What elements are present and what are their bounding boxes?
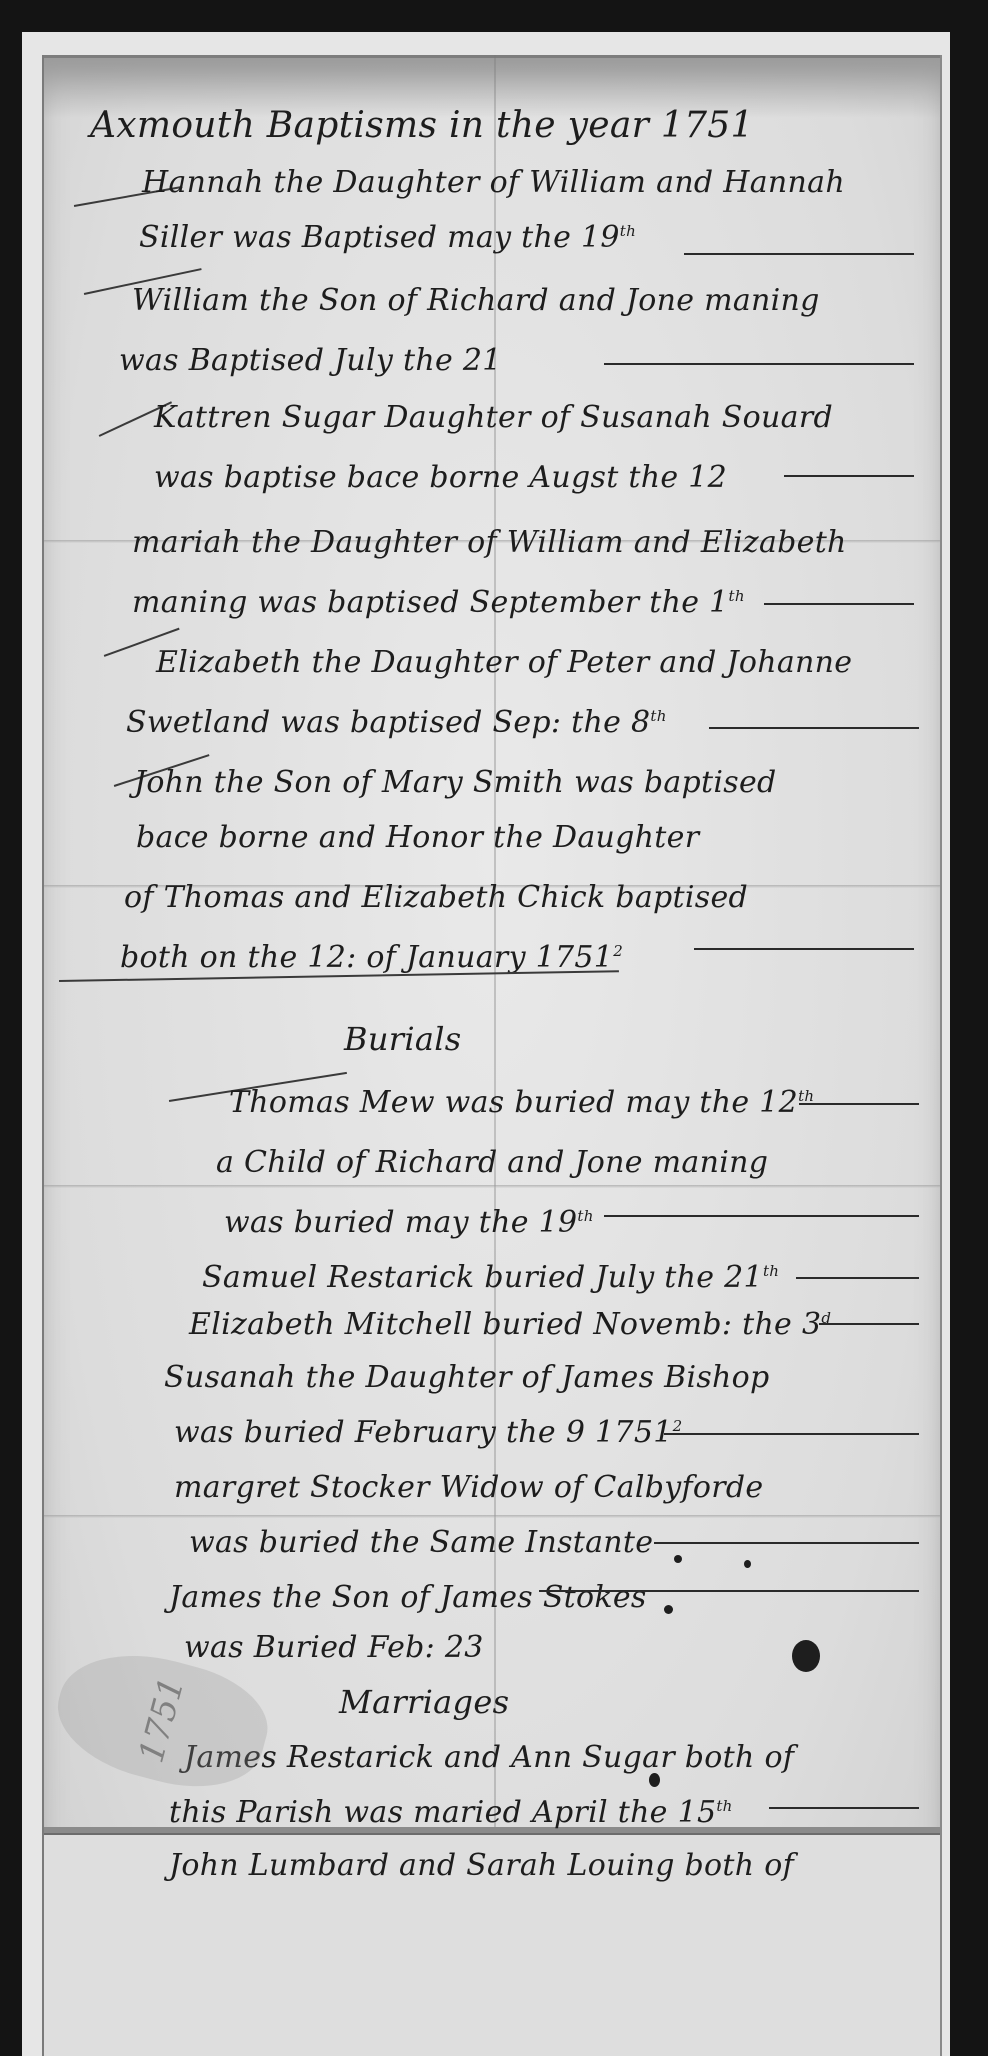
baptism-line: mariah the Daughter of William and Eliza… <box>132 525 847 560</box>
baptism-line: John the Son of Mary Smith was baptised <box>134 765 777 800</box>
entry-rule <box>819 1323 919 1325</box>
entry-rule <box>604 1215 919 1217</box>
burial-line: James the Son of James Stokes <box>169 1580 647 1615</box>
entry-rule <box>784 475 914 477</box>
burial-line: Elizabeth Mitchell buried Novemb: the 3d <box>189 1307 831 1342</box>
entry-rule <box>694 948 914 950</box>
marriages-heading: Marriages <box>339 1683 509 1721</box>
entry-rule <box>799 1103 919 1105</box>
entry-rule <box>709 727 919 729</box>
entry-rule <box>769 1807 919 1809</box>
burial-line: was buried the Same Instante <box>189 1525 653 1560</box>
marriage-line: this Parish was maried April the 15th <box>169 1795 733 1830</box>
burial-line: Thomas Mew was buried may the 12th <box>229 1085 814 1120</box>
baptism-line: Hannah the Daughter of William and Hanna… <box>142 165 845 200</box>
burial-line: margret Stocker Widow of Calbyforde <box>174 1470 763 1505</box>
entry-rule <box>539 1590 919 1592</box>
ink-blot <box>649 1773 660 1787</box>
baptism-line: bace borne and Honor the Daughter <box>136 820 699 855</box>
burials-heading: Burials <box>344 1020 462 1058</box>
entry-rule <box>684 253 914 255</box>
marriage-line: James Restarick and Ann Sugar both of <box>184 1740 794 1775</box>
entry-rule <box>764 603 914 605</box>
burial-line: Samuel Restarick buried July the 21th <box>202 1260 779 1295</box>
horizontal-fold <box>44 1185 940 1188</box>
baptism-line: was baptise bace borne Augst the 12 <box>154 460 727 495</box>
burial-line: was buried February the 9 17512 <box>174 1415 682 1450</box>
baptism-line: Kattren Sugar Daughter of Susanah Souard <box>154 400 833 435</box>
horizontal-fold <box>44 1515 940 1518</box>
burial-line: a Child of Richard and Jone maning <box>216 1145 768 1180</box>
entry-rule <box>654 1542 919 1544</box>
ink-blot <box>674 1555 682 1563</box>
marriage-line: John Lumbard and Sarah Louing both of <box>169 1848 794 1883</box>
parish-register-page: Axmouth Baptisms in the year 1751 Hannah… <box>42 55 942 2056</box>
entry-rule <box>796 1277 919 1279</box>
baptism-line: Elizabeth the Daughter of Peter and Joha… <box>156 645 852 680</box>
entry-rule <box>604 363 914 365</box>
baptism-line: Siller was Baptised may the 19th <box>139 220 636 255</box>
baptism-line: Swetland was baptised Sep: the 8th <box>126 705 667 740</box>
burial-line: was Buried Feb: 23 <box>184 1630 484 1665</box>
baptism-line: William the Son of Richard and Jone mani… <box>132 283 820 318</box>
ink-blot <box>792 1640 820 1672</box>
baptism-line: was Baptised July the 21 <box>119 343 502 378</box>
page-title: Axmouth Baptisms in the year 1751 <box>90 105 754 146</box>
burial-line: was buried may the 19th <box>224 1205 594 1240</box>
ink-blot <box>744 1560 751 1568</box>
baptism-line: of Thomas and Elizabeth Chick baptised <box>124 880 748 915</box>
baptism-line: maning was baptised September the 1th <box>132 585 745 620</box>
burial-line: Susanah the Daughter of James Bishop <box>164 1360 770 1395</box>
ink-blot <box>664 1605 673 1614</box>
entry-rule <box>664 1433 919 1435</box>
baptism-line: both on the 12: of January 17512 <box>120 940 623 975</box>
